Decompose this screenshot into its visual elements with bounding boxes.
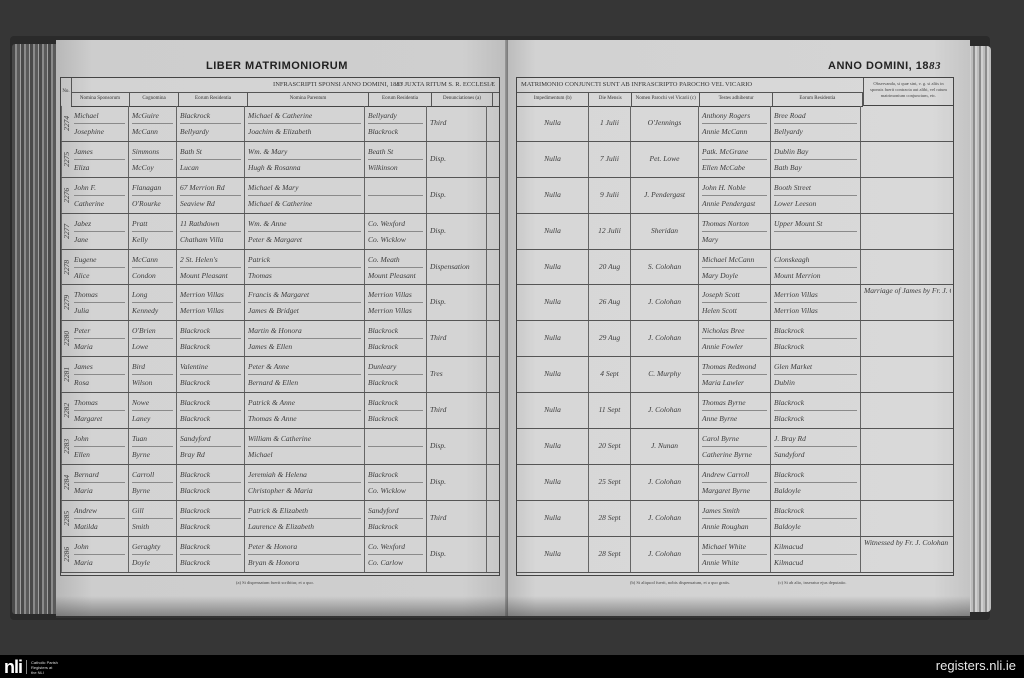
observation-note [861, 429, 951, 464]
table-cell: Michael McCannMary Doyle [699, 250, 771, 285]
table-cell: Merrion VillasMerrion Villas [365, 285, 427, 320]
cell-line: Annie Pendergast [702, 196, 767, 211]
table-cell: 28 Sept [589, 501, 631, 536]
cell-line: Patrick & Anne [248, 395, 361, 411]
cell-line: Michael & Catherine [248, 108, 361, 124]
left-column-headers: Nomina SponsorumCognominaEorum Residenti… [71, 92, 499, 107]
table-cell: JamesRosa [71, 357, 129, 392]
cell-line: 2 St. Helen's [180, 252, 241, 268]
table-cell: NoweLaney [129, 393, 177, 428]
cell-line: Blackrock [368, 395, 423, 411]
cell-line: Merrion Villas [368, 287, 423, 303]
cell-line: Co. Wicklow [368, 483, 423, 498]
cell-line: Blackrock [774, 323, 857, 339]
register-number: 2282 [61, 393, 71, 428]
cell-line: 67 Merrion Rd [180, 180, 241, 196]
table-row: 2280PeterMariaO'BrienLoweBlackrockBlackr… [61, 321, 499, 357]
table-cell: Booth StreetLower Leeson [771, 178, 861, 213]
table-row: 2279ThomasJuliaLongKennedyMerrion Villas… [61, 285, 499, 321]
cell-line: Joachim & Elizabeth [248, 124, 361, 139]
site-link[interactable]: registers.nli.ie [936, 658, 1016, 673]
cell-line: Bree Road [774, 108, 857, 124]
cell-line: Baldoyle [774, 483, 857, 498]
column-header: Testes adhibentur [700, 92, 772, 106]
cell-line: Clonskeagh [774, 252, 857, 268]
cell-line: James & Bridget [248, 303, 361, 318]
table-cell: SandyfordBlackrock [365, 501, 427, 536]
register-number: 2280 [61, 321, 71, 356]
cell-line: 12 Julii [592, 216, 627, 246]
cell-line: Catherine Byrne [702, 447, 767, 462]
cell-line: Blackrock [368, 411, 423, 426]
table-cell: PrattKelly [129, 214, 177, 249]
cell-line: Third [430, 108, 483, 138]
cell-line: Tres [430, 359, 483, 389]
cell-line: Bernard & Ellen [248, 375, 361, 390]
table-cell: S. Colohan [631, 250, 699, 285]
table-cell: 11 RathdownChatham Villa [177, 214, 245, 249]
table-cell: 67 Merrion RdSeaview Rd [177, 178, 245, 213]
cell-line: 28 Sept [592, 539, 627, 569]
cell-line: Smith [132, 519, 173, 534]
cell-line: Wilkinson [368, 160, 423, 175]
cell-line: Peter & Anne [248, 359, 361, 375]
cell-line: 29 Aug [592, 323, 627, 353]
cell-line: Seaview Rd [180, 196, 241, 211]
table-cell: Patrick & ElizabethLaurence & Elizabeth [245, 501, 365, 536]
cell-line: Nulla [520, 252, 585, 282]
cell-line: Blackrock [180, 539, 241, 555]
cell-line: Disp. [430, 216, 483, 246]
cell-line: 28 Sept [592, 503, 627, 533]
cell-line: Eliza [74, 160, 125, 175]
cell-line: Third [430, 503, 483, 533]
table-cell: J. Pendergast [631, 178, 699, 213]
table-cell: Co. WexfordCo. Carlow [365, 537, 427, 572]
cell-line: Merrion Villas [368, 303, 423, 318]
table-cell: JohnEllen [71, 429, 129, 464]
column-header: Nomina Sponsorum [71, 92, 130, 106]
logo-divider [26, 660, 27, 674]
cell-line: Ellen McCabe [702, 160, 767, 175]
table-cell: J. Colohan [631, 501, 699, 536]
cell-line: Helen Scott [702, 303, 767, 318]
right-footnote-c: (c) Si ab alio, inseratur ejus deputatio… [778, 580, 846, 585]
cell-line: Nulla [520, 287, 585, 317]
cell-line: Third [430, 395, 483, 425]
table-cell: 9 Julii [589, 178, 631, 213]
left-page-title: LIBER MATRIMONIORUM [206, 60, 348, 72]
cell-line: Thomas [74, 287, 125, 303]
table-cell: CarrollByrne [129, 465, 177, 500]
cell-line: Blackrock [368, 467, 423, 483]
table-cell: Joseph ScottHelen Scott [699, 285, 771, 320]
cell-line: James [74, 359, 125, 375]
table-cell: EugeneAlice [71, 250, 129, 285]
table-row: Nulla28 SeptJ. ColohanJames SmithAnnie R… [517, 501, 953, 537]
table-cell: BlackrockBaldoyle [771, 465, 861, 500]
cell-line: O'Brien [132, 323, 173, 339]
cell-line: Disp. [430, 539, 483, 569]
cell-line: Francis & Margaret [248, 287, 361, 303]
cell-line: Alice [74, 268, 125, 283]
table-cell: Nulla [517, 537, 589, 572]
cell-line: J. Colohan [634, 323, 695, 353]
table-cell: BlackrockBlackrock [365, 321, 427, 356]
register-number: 2284 [61, 465, 71, 500]
table-cell: MichaelJosephine [71, 106, 129, 141]
table-cell: BlackrockBaldoyle [771, 501, 861, 536]
table-cell: O'BrienLowe [129, 321, 177, 356]
table-cell: Michael & MaryMichael & Catherine [245, 178, 365, 213]
table-cell: Wm. & MaryHugh & Rosanna [245, 142, 365, 177]
table-cell: O'Jennings [631, 106, 699, 141]
cell-line: McCoy [132, 160, 173, 175]
table-cell: Thomas NortonMary [699, 214, 771, 249]
cell-line: 9 Julii [592, 180, 627, 210]
cell-line: Nulla [520, 108, 585, 138]
right-rows: Nulla1 JuliiO'JenningsAnthony RogersAnni… [517, 106, 953, 575]
cell-line: Nowe [132, 395, 173, 411]
table-cell: BellyardyBlackrock [365, 106, 427, 141]
observation-note [861, 465, 951, 500]
nli-logo[interactable]: nli Catholic Parish Registers at the NLI [4, 659, 61, 675]
table-cell: J. Colohan [631, 285, 699, 320]
cell-line: Andrew Carroll [702, 467, 767, 483]
table-cell: Francis & MargaretJames & Bridget [245, 285, 365, 320]
cell-line: Co. Wexford [368, 216, 423, 232]
cell-line: Martin & Honora [248, 323, 361, 339]
cell-line: J. Bray Rd [774, 431, 857, 447]
table-cell: John H. NobleAnnie Pendergast [699, 178, 771, 213]
observation-note [861, 357, 951, 392]
table-cell: Nulla [517, 142, 589, 177]
left-page: LIBER MATRIMONIORUM No. INFRASCRIPTI SPO… [56, 40, 508, 616]
cell-line: Bellyardy [180, 124, 241, 139]
nli-logo-mark: nli [4, 659, 22, 675]
cell-line: Laney [132, 411, 173, 426]
cell-line: Bray Rd [180, 447, 241, 462]
page-shadow [56, 596, 970, 618]
table-cell: Upper Mount St [771, 214, 861, 249]
observation-note [861, 106, 951, 141]
cell-line: Bird [132, 359, 173, 375]
table-cell: Nulla [517, 357, 589, 392]
cell-line: Maria [74, 339, 125, 354]
table-row: 2275JamesElizaSimmonsMcCoyBath StLucanWm… [61, 142, 499, 178]
table-row: Nulla1 JuliiO'JenningsAnthony RogersAnni… [517, 106, 953, 142]
table-row: Nulla12 JuliiSheridanThomas NortonMaryUp… [517, 214, 953, 250]
table-cell: Sheridan [631, 214, 699, 249]
table-cell: JabezJane [71, 214, 129, 249]
cell-line: Booth Street [774, 180, 857, 196]
table-cell: ThomasJulia [71, 285, 129, 320]
table-cell: ValentineBlackrock [177, 357, 245, 392]
cell-line: Maria [74, 483, 125, 498]
cell-line: William & Catherine [248, 431, 361, 447]
handwritten-year: 83 [396, 81, 403, 88]
cell-line: Co. Wicklow [368, 232, 423, 247]
cell-line: Michael McCann [702, 252, 767, 268]
cell-line: Beath St [368, 144, 423, 160]
table-cell: 20 Aug [589, 250, 631, 285]
table-cell: 11 Sept [589, 393, 631, 428]
table-cell: Nulla [517, 429, 589, 464]
cell-line: Pratt [132, 216, 173, 232]
column-header: Nomen Parochi vel Vicarii (c) [632, 92, 700, 106]
register-number: 2278 [61, 250, 71, 285]
table-cell: BernardMaria [71, 465, 129, 500]
column-header: Impedimentum (b) [517, 92, 589, 106]
title-text: ANNO DOMINI, 18 [828, 60, 929, 72]
table-cell: Andrew CarrollMargaret Byrne [699, 465, 771, 500]
page-edges-left [12, 44, 58, 614]
header-text: INFRASCRIPTI SPONSI ANNO DOMINI, 18 [273, 81, 396, 88]
table-cell: Wm. & AnnePeter & Margaret [245, 214, 365, 249]
table-cell: Bath StLucan [177, 142, 245, 177]
document-viewer[interactable]: LIBER MATRIMONIORUM No. INFRASCRIPTI SPO… [0, 0, 1024, 655]
cell-line: Lucan [180, 160, 241, 175]
table-cell: Pet. Lowe [631, 142, 699, 177]
cell-line: Michael White [702, 539, 767, 555]
cell-line: Blackrock [368, 124, 423, 139]
table-cell: BlackrockCo. Wicklow [365, 465, 427, 500]
table-cell: 25 Sept [589, 465, 631, 500]
cell-line: Thomas Norton [702, 216, 767, 232]
cell-line: Mount Pleasant [180, 268, 241, 283]
table-cell: Nulla [517, 501, 589, 536]
cell-line: Michael [74, 108, 125, 124]
observation-note: Witnessed by Fr. J. Colohan [861, 537, 951, 572]
cell-line: 20 Sept [592, 431, 627, 461]
cell-line: J. Colohan [634, 287, 695, 317]
cell-line: Blackrock [180, 395, 241, 411]
cell-line: Peter & Honora [248, 539, 361, 555]
cell-line: McCann [132, 124, 173, 139]
cell-line: Patrick & Elizabeth [248, 503, 361, 519]
cell-line: Merrion Villas [180, 287, 241, 303]
table-cell: William & CatherineMichael [245, 429, 365, 464]
cell-line: Dispensation [430, 252, 483, 282]
cell-line: 20 Aug [592, 252, 627, 282]
table-cell: Third [427, 501, 487, 536]
table-cell: Martin & HonoraJames & Ellen [245, 321, 365, 356]
table-cell: Nulla [517, 214, 589, 249]
cell-line: Third [430, 323, 483, 353]
table-cell: Patk. McGraneEllen McCabe [699, 142, 771, 177]
register-number: 2276 [61, 178, 71, 213]
cell-line: Catherine [74, 196, 125, 211]
table-row: 2281JamesRosaBirdWilsonValentineBlackroc… [61, 357, 499, 393]
table-cell: FlanaganO'Rourke [129, 178, 177, 213]
cell-line: Tuan [132, 431, 173, 447]
table-row: 2284BernardMariaCarrollByrneBlackrockBla… [61, 465, 499, 501]
cell-line: Blackrock [368, 375, 423, 390]
table-cell: BlackrockBlackrock [177, 501, 245, 536]
table-cell: BlackrockBellyardy [177, 106, 245, 141]
cell-line: Long [132, 287, 173, 303]
cell-line: Byrne [132, 447, 173, 462]
cell-line: Lowe [132, 339, 173, 354]
observation-note [861, 142, 951, 177]
cell-line: Disp. [430, 180, 483, 210]
cell-line [368, 431, 423, 447]
observation-note [861, 393, 951, 428]
cell-line: John H. Noble [702, 180, 767, 196]
cell-line: Mount Pleasant [368, 268, 423, 283]
cell-line: Nicholas Bree [702, 323, 767, 339]
cell-line: Wm. & Mary [248, 144, 361, 160]
register-number: 2279 [61, 285, 71, 320]
table-cell: 7 Julii [589, 142, 631, 177]
cell-line: Geraghty [132, 539, 173, 555]
cell-line: Sandyford [180, 431, 241, 447]
cell-line: Nulla [520, 395, 585, 425]
table-cell: 20 Sept [589, 429, 631, 464]
cell-line: Nulla [520, 539, 585, 569]
register-number: 2281 [61, 357, 71, 392]
column-header: Eorum Residentia [773, 92, 863, 106]
cell-line: Jabez [74, 216, 125, 232]
cell-line: Merrion Villas [180, 303, 241, 318]
table-cell: Peter & AnneBernard & Ellen [245, 357, 365, 392]
logo-text: Catholic Parish Registers at the NLI [31, 660, 61, 675]
table-row: 2278EugeneAliceMcCannCondon2 St. Helen's… [61, 250, 499, 286]
cell-line: Kelly [132, 232, 173, 247]
table-cell: Third [427, 321, 487, 356]
cell-line: Rosa [74, 375, 125, 390]
cell-line: 11 Rathdown [180, 216, 241, 232]
cell-line: O'Rourke [132, 196, 173, 211]
table-cell: PeterMaria [71, 321, 129, 356]
table-cell: BlackrockBlackrock [771, 393, 861, 428]
table-cell: Patrick & AnneThomas & Anne [245, 393, 365, 428]
cell-line: Flanagan [132, 180, 173, 196]
cell-line: 7 Julii [592, 144, 627, 174]
table-cell: J. Colohan [631, 321, 699, 356]
cell-line: Ellen [74, 447, 125, 462]
table-cell: 2 St. Helen'sMount Pleasant [177, 250, 245, 285]
table-row: 2274MichaelJosephineMcGuireMcCannBlackro… [61, 106, 499, 142]
cell-line: Pet. Lowe [634, 144, 695, 174]
cell-line: Nulla [520, 144, 585, 174]
table-row: 2282ThomasMargaretNoweLaneyBlackrockBlac… [61, 393, 499, 429]
column-header: Cognomina [130, 92, 179, 106]
cell-line: Anne Byrne [702, 411, 767, 426]
table-cell: Disp. [427, 537, 487, 572]
cell-line: Blackrock [180, 108, 241, 124]
table-cell: J. Nunan [631, 429, 699, 464]
table-cell: GillSmith [129, 501, 177, 536]
cell-line: 11 Sept [592, 395, 627, 425]
cell-line: Valentine [180, 359, 241, 375]
table-row: 2277JabezJanePrattKelly11 RathdownChatha… [61, 214, 499, 250]
cell-line: Sandyford [368, 503, 423, 519]
table-cell: Dispensation [427, 250, 487, 285]
table-cell: Disp. [427, 429, 487, 464]
cell-line: Maria Lawler [702, 375, 767, 390]
cell-line: Blackrock [774, 411, 857, 426]
cell-line: Simmons [132, 144, 173, 160]
table-cell: 1 Julii [589, 106, 631, 141]
table-row: Nulla26 AugJ. ColohanJoseph ScottHelen S… [517, 285, 953, 321]
observations-header: Observanda, si quæ sint, v. g. si aliis … [863, 78, 953, 106]
cell-line: Annie McCann [702, 124, 767, 139]
cell-line: Margaret Byrne [702, 483, 767, 498]
viewer-footer: nli Catholic Parish Registers at the NLI… [0, 655, 1024, 678]
cell-line: Dunleary [368, 359, 423, 375]
table-cell: DunlearyBlackrock [365, 357, 427, 392]
cell-line: Joseph Scott [702, 287, 767, 303]
cell-line: Merrion Villas [774, 287, 857, 303]
cell-line: J. Colohan [634, 395, 695, 425]
register-number: 2285 [61, 501, 71, 536]
cell-line: S. Colohan [634, 252, 695, 282]
cell-line: Blackrock [180, 555, 241, 570]
table-cell: Merrion VillasMerrion Villas [177, 285, 245, 320]
cell-line: Jane [74, 232, 125, 247]
table-cell: Thomas ByrneAnne Byrne [699, 393, 771, 428]
cell-line: Blackrock [368, 339, 423, 354]
cell-line: Annie Fowler [702, 339, 767, 354]
table-cell: Third [427, 106, 487, 141]
right-header-line: MATRIMONIO CONJUNCTI SUNT AB INFRASCRIPT… [517, 78, 863, 93]
cell-line: Nulla [520, 180, 585, 210]
cell-line: Glen Market [774, 359, 857, 375]
cell-line: Michael [248, 447, 361, 462]
cell-line: J. Nunan [634, 431, 695, 461]
table-cell: Disp. [427, 465, 487, 500]
cell-line [368, 196, 423, 211]
table-cell: JohnMaria [71, 537, 129, 572]
table-cell: LongKennedy [129, 285, 177, 320]
table-cell: John F.Catherine [71, 178, 129, 213]
table-cell: BirdWilson [129, 357, 177, 392]
table-cell: KilmacudKilmacud [771, 537, 861, 572]
cell-line: O'Jennings [634, 108, 695, 138]
table-row: Nulla4 SeptC. MurphyThomas RedmondMaria … [517, 357, 953, 393]
cell-line: Thomas [74, 395, 125, 411]
cell-line: Dublin [774, 375, 857, 390]
cell-line: Bellyardy [774, 124, 857, 139]
table-row: Nulla20 AugS. ColohanMichael McCannMary … [517, 250, 953, 286]
cell-line: Co. Meath [368, 252, 423, 268]
table-cell: Nicholas BreeAnnie Fowler [699, 321, 771, 356]
cell-line: Peter [74, 323, 125, 339]
table-cell: ThomasMargaret [71, 393, 129, 428]
cell-line: 1 Julii [592, 108, 627, 138]
cell-line: Blackrock [180, 323, 241, 339]
cell-line: Jeremiah & Helena [248, 467, 361, 483]
cell-line: Maria [74, 555, 125, 570]
observation-note: Marriage of James by Fr. J. Colohan [861, 285, 951, 320]
table-cell: J. Colohan [631, 465, 699, 500]
table-cell: Nulla [517, 250, 589, 285]
right-register-table: MATRIMONIO CONJUNCTI SUNT AB INFRASCRIPT… [516, 77, 954, 576]
header-text-end: JUXTA RITUM S. R. ECCLESIÆ [405, 81, 496, 88]
cell-line: J. Colohan [634, 503, 695, 533]
table-cell: 28 Sept [589, 537, 631, 572]
table-cell: 4 Sept [589, 357, 631, 392]
cell-line [368, 180, 423, 196]
table-cell: Merrion VillasMerrion Villas [771, 285, 861, 320]
table-cell: BlackrockBlackrock [177, 537, 245, 572]
cell-line: Julia [74, 303, 125, 318]
cell-line: Patrick [248, 252, 361, 268]
cell-line: Nulla [520, 503, 585, 533]
cell-line: Bath Bay [774, 160, 857, 175]
table-cell: Jeremiah & HelenaChristopher & Maria [245, 465, 365, 500]
